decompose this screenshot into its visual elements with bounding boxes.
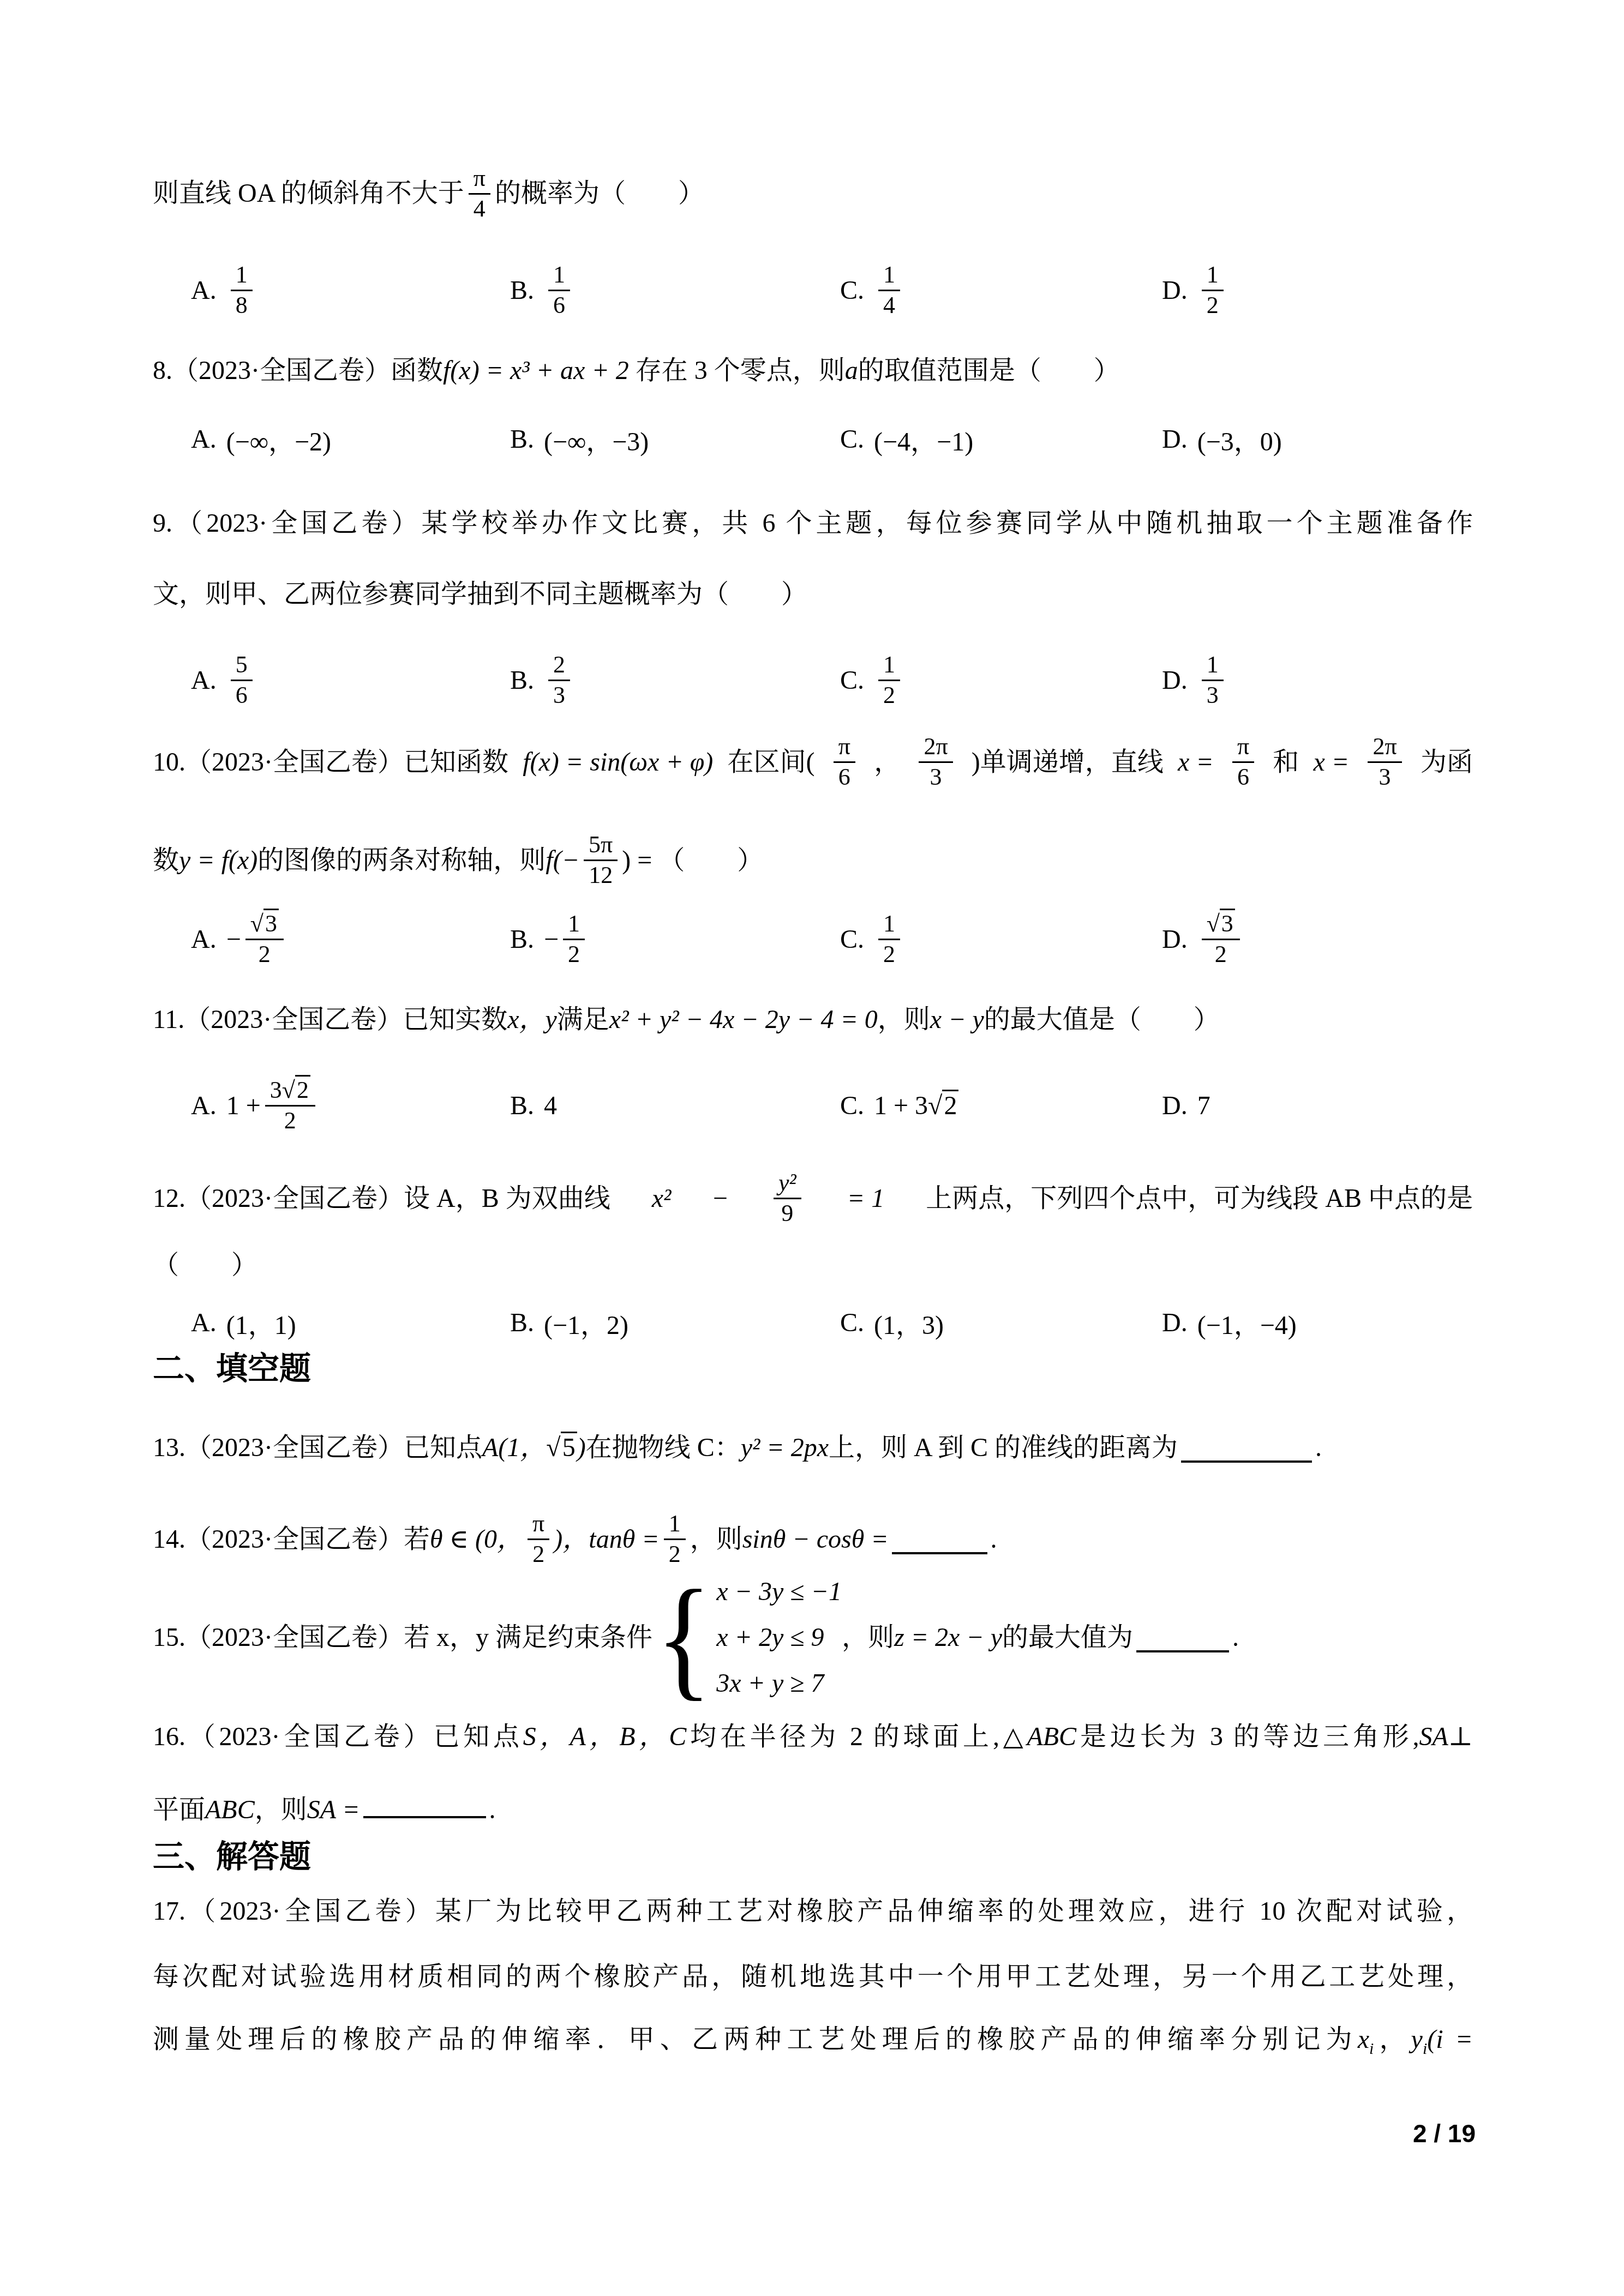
answer-blank [1181, 1433, 1312, 1463]
option-label: A. [191, 424, 217, 454]
option-value: (−∞，−3) [544, 420, 649, 458]
option-label: D. [1162, 1308, 1188, 1338]
fraction: π6 [1232, 732, 1254, 792]
question-11-options: A. 1 + 3√22 B. 4 C. 1 + 3 √2 D. 7 [153, 1058, 1473, 1153]
option-b: B.(−1，2) [510, 1303, 628, 1342]
math-expression: a [845, 356, 858, 385]
question-15-stem: 15.（2023·全国乙卷）若 x，y 满足约束条件 { x − 3y ≤ −1… [153, 1565, 1473, 1710]
question-text: 测量处理后的橡胶产品的伸缩率．甲、乙两种工艺处理后的橡胶产品的伸缩率分别记为 [153, 2025, 1358, 2054]
option-a: A.(1，1) [191, 1303, 296, 1342]
section-header-fill-in-blank: 二、填空题 [153, 1347, 1473, 1391]
question-text: ) = （ ） [622, 842, 763, 880]
option-label: C. [840, 275, 864, 305]
question-9-stem-line-1: 9.（2023·全国乙卷）某学校举办作文比赛，共 6 个主题，每位参赛同学从中随… [153, 504, 1473, 543]
option-label: D. [1162, 275, 1188, 305]
fraction: π2 [528, 1510, 549, 1569]
math-expression: f(− [546, 842, 579, 880]
question-text: 17.（2023·全国乙卷）某厂为比较甲乙两种工艺对橡胶产品伸缩率的处理效应，进… [153, 1897, 1473, 1926]
fraction: 2π3 [919, 732, 952, 792]
sqrt-expression: √3 [1207, 909, 1235, 937]
question-text: 的概率为（ ） [495, 175, 704, 213]
section-header-solution: 三、解答题 [153, 1835, 1473, 1879]
math-expression: tanθ = [589, 1520, 659, 1559]
option-a: A.(−∞，−2) [191, 420, 331, 458]
question-12-stem-line-1: 12.（2023·全国乙卷）设 A，B 为双曲线x²−y²9= 1上两点，下列四… [153, 1156, 1473, 1241]
question-text: 12.（2023·全国乙卷）设 A，B 为双曲线 [153, 1180, 610, 1218]
question-text: 8.（2023·全国乙卷）函数 [153, 356, 443, 385]
option-value: (−1，2) [544, 1304, 628, 1342]
fraction: π4 [469, 164, 490, 224]
radical-sign: √ [1207, 910, 1220, 937]
option-label: B. [510, 924, 534, 954]
option-label: D. [1162, 424, 1188, 454]
fraction: 14 [878, 261, 900, 320]
question-text: 11.（2023·全国乙卷）已知实数 [153, 1005, 507, 1034]
question-10-stem-line-1: 10.（2023·全国乙卷）已知函数f(x) = sin(ωx + φ)在区间(… [153, 714, 1473, 810]
period: . [991, 1520, 997, 1559]
option-c: C. 14 [840, 245, 904, 335]
option-b: B. 23 [510, 635, 574, 725]
fraction: π6 [834, 732, 855, 792]
math-expression: x − y [930, 1005, 984, 1034]
math-expression: A(1， [482, 1429, 546, 1467]
question-17-stem-line-3: 测量处理后的橡胶产品的伸缩率．甲、乙两种工艺处理后的橡胶产品的伸缩率分别记为xi… [153, 2021, 1473, 2068]
constraint-1: x − 3y ≤ −1 [716, 1569, 842, 1615]
option-label: A. [191, 275, 217, 305]
question-text: 满足 [557, 1005, 609, 1034]
page-number: 2 / 19 [1413, 2119, 1476, 2148]
fraction: 13 [1202, 651, 1224, 710]
option-d: D. √32 [1162, 894, 1244, 984]
fraction: 3√22 [265, 1076, 315, 1135]
fraction: √32 [245, 910, 284, 969]
question-text: 在区间( [728, 743, 815, 782]
question-text: 均在半径为 2 的球面上,△ [686, 1722, 1027, 1751]
option-label: A. [191, 1091, 217, 1121]
question-text: 的最大值是（ ） [984, 1005, 1220, 1034]
math-expression: ABC [205, 1795, 255, 1824]
math-expression: x² [652, 1180, 672, 1218]
question-text: 的最大值为 [1002, 1619, 1133, 1657]
sqrt-expression: √2 [928, 1091, 958, 1121]
math-expression: f(x) = x³ + ax + 2 [443, 356, 629, 385]
option-label: C. [840, 424, 864, 454]
question-text: 是边长为 3 的等边三角形, [1076, 1722, 1419, 1751]
option-b: B.(−∞，−3) [510, 420, 649, 458]
radical-sign: √ [546, 1433, 560, 1462]
question-text: 10.（2023·全国乙卷）已知函数 [153, 743, 508, 782]
question-10-options: A. − √32 B. − 12 C. 12 D. √32 [153, 894, 1473, 984]
option-value: (−∞，−2) [226, 420, 331, 458]
math-expression: = 1 [847, 1180, 884, 1218]
math-expression: θ ∈ (0， [430, 1520, 523, 1559]
option-d: D.(−1，−4) [1162, 1303, 1297, 1342]
question-11-stem: 11.（2023·全国乙卷）已知实数x，y满足x² + y² − 4x − 2y… [153, 1001, 1473, 1039]
question-text: − [713, 1180, 728, 1218]
math-expression: ) [577, 1429, 586, 1467]
math-expression: y = f(x) [179, 842, 257, 880]
question-text: ，则 [255, 1795, 307, 1824]
sqrt-expression: √5 [546, 1429, 577, 1467]
question-text: 15.（2023·全国乙卷）若 x，y 满足约束条件 [153, 1619, 652, 1657]
question-text: 和 [1273, 743, 1299, 782]
option-d: D. 7 [1162, 1058, 1210, 1153]
question-text: 16.（2023·全国乙卷）已知点 [153, 1722, 523, 1751]
option-label: D. [1162, 1091, 1188, 1121]
fraction: 12 [878, 651, 900, 710]
option-value: (−1，−4) [1197, 1304, 1297, 1342]
option-value: (1，1) [226, 1304, 296, 1342]
option-label: D. [1162, 665, 1188, 695]
sqrt-expression: √2 [282, 1075, 310, 1103]
question-text: ，则 [690, 1520, 742, 1559]
math-expression: SA [1419, 1722, 1448, 1751]
option-value: (1，3) [874, 1304, 944, 1342]
option-value: 1 + [226, 1091, 261, 1121]
question-text: 每次配对试验选用材质相同的两个橡胶产品，随机地选其中一个用甲工艺处理，另一个用乙… [153, 1962, 1473, 1991]
question-8-options: A.(−∞，−2) B.(−∞，−3) C.(−4，−1) D.(−3，0) [153, 420, 1473, 458]
math-expression: S，A，B，C [523, 1722, 686, 1751]
question-text: ，则 [878, 1005, 930, 1034]
option-c: C. 12 [840, 894, 904, 984]
option-label: B. [510, 1091, 534, 1121]
fraction: √32 [1202, 910, 1240, 969]
option-label: A. [191, 924, 217, 954]
math-expression: (i = [1427, 2025, 1473, 2054]
question-text: ， [1374, 2025, 1411, 2054]
option-d: D. 12 [1162, 245, 1228, 335]
constraint-3: 3x + y ≥ 7 [716, 1661, 842, 1706]
math-expression: ABC [1027, 1722, 1076, 1751]
option-c: C.(1，3) [840, 1303, 944, 1342]
exam-document-page: 则直线 OA 的倾斜角不大于 π4 的概率为（ ） A. 18 B. 16 C.… [0, 0, 1624, 2296]
question-text: 为函 [1421, 743, 1473, 782]
radical-sign: √ [282, 1077, 295, 1103]
option-value: 1 + 3 [874, 1091, 928, 1121]
radical-sign: √ [928, 1091, 942, 1120]
option-label: C. [840, 1308, 864, 1338]
option-label: A. [191, 665, 217, 695]
option-value: (−4，−1) [874, 420, 973, 458]
question-text: 的取值范围是（ ） [858, 356, 1120, 385]
answer-blank [1136, 1622, 1229, 1652]
fraction: 12 [664, 1510, 686, 1569]
question-9-options: A. 56 B. 23 C. 12 D. 13 [153, 635, 1473, 725]
option-label: B. [510, 665, 534, 695]
question-text: （ ） [153, 1251, 257, 1279]
fraction: y²9 [774, 1169, 801, 1228]
math-expression: z = 2x − y [894, 1619, 1002, 1657]
answer-blank [363, 1789, 486, 1818]
question-17-stem-line-1: 17.（2023·全国乙卷）某厂为比较甲乙两种工艺对橡胶产品伸缩率的处理效应，进… [153, 1892, 1473, 1931]
fraction: 23 [548, 651, 570, 710]
option-label: B. [510, 424, 534, 454]
option-label: B. [510, 275, 534, 305]
math-expression: x² + y² − 4x − 2y − 4 = 0 [609, 1005, 878, 1034]
period: . [489, 1795, 496, 1824]
fraction: 16 [548, 261, 570, 320]
option-d: D. 13 [1162, 635, 1228, 725]
question-text: 14.（2023·全国乙卷）若 [153, 1520, 430, 1559]
option-a: A. 1 + 3√22 [191, 1058, 320, 1153]
fraction: 12 [563, 910, 585, 969]
math-expression: x = [1178, 743, 1214, 782]
option-d: D.(−3，0) [1162, 420, 1282, 458]
fraction: 2π3 [1368, 732, 1401, 792]
option-label: C. [840, 924, 864, 954]
question-16-stem-line-1: 16.（2023·全国乙卷）已知点S，A，B，C均在半径为 2 的球面上,△AB… [153, 1718, 1473, 1756]
question-text: 的图像的两条对称轴，则 [257, 842, 546, 880]
question-17-stem-line-2: 每次配对试验选用材质相同的两个橡胶产品，随机地选其中一个用甲工艺处理，另一个用乙… [153, 1958, 1473, 1996]
fraction: 56 [231, 651, 253, 710]
option-b: B. 4 [510, 1058, 557, 1153]
fraction: 5π12 [584, 831, 618, 890]
question-7-options: A. 18 B. 16 C. 14 D. 12 [153, 245, 1473, 335]
question-12-stem-line-2: （ ） [153, 1246, 1473, 1284]
period: . [1315, 1429, 1322, 1467]
question-12-options: A.(1，1) B.(−1，2) C.(1，3) D.(−1，−4) [153, 1303, 1473, 1342]
question-10-stem-line-2: 数y = f(x)的图像的两条对称轴，则f(−5π12) = （ ） [153, 813, 1473, 908]
option-c: C. 12 [840, 635, 904, 725]
option-label: C. [840, 1091, 864, 1121]
question-text: 则直线 OA 的倾斜角不大于 [153, 175, 464, 213]
answer-blank [892, 1524, 987, 1554]
minus-sign: − [226, 924, 241, 954]
math-expression: sinθ − cosθ = [742, 1520, 889, 1559]
question-text: ，则 [842, 1619, 894, 1657]
question-text: )单调递增，直线 [972, 743, 1164, 782]
option-b: B. 16 [510, 245, 574, 335]
option-label: A. [191, 1308, 217, 1338]
math-expression: y [1411, 2025, 1423, 2054]
question-text: 存在 3 个零点，则 [629, 356, 845, 385]
sqrt-expression: √3 [250, 909, 279, 937]
math-expression: )， [554, 1520, 589, 1559]
question-7-continuation: 则直线 OA 的倾斜角不大于 π4 的概率为（ ） [153, 158, 1473, 229]
fraction: 18 [231, 261, 253, 320]
question-text: 文，则甲、乙两位参赛同学抽到不同主题概率为（ ） [153, 580, 807, 609]
math-expression: SA = [307, 1795, 360, 1824]
question-text: 数 [153, 842, 179, 880]
math-expression: y² = 2px [741, 1429, 829, 1467]
option-a: A. − √32 [191, 894, 288, 984]
option-label: C. [840, 665, 864, 695]
option-c: C. 1 + 3 √2 [840, 1058, 958, 1153]
option-label: D. [1162, 924, 1188, 954]
minus-sign: − [544, 924, 559, 954]
constraint-2: x + 2y ≤ 9 [716, 1615, 842, 1661]
question-text: ， [874, 743, 900, 782]
option-a: A. 56 [191, 635, 257, 725]
period: . [1232, 1619, 1239, 1657]
question-13-stem: 13.（2023·全国乙卷）已知点A(1，√5)在抛物线 C：y² = 2px上… [153, 1407, 1473, 1489]
fraction: 12 [878, 910, 900, 969]
math-expression: x [1358, 2025, 1369, 2054]
option-c: C.(−4，−1) [840, 420, 973, 458]
subscript: i [1423, 2040, 1427, 2058]
option-label: B. [510, 1308, 534, 1338]
option-value: 4 [544, 1091, 557, 1121]
question-16-stem-line-2: 平面ABC，则SA =. [153, 1789, 1473, 1829]
question-text: ⊥ [1448, 1722, 1473, 1751]
option-value: (−3，0) [1197, 420, 1282, 458]
question-text: 平面 [153, 1795, 205, 1824]
question-8-stem: 8.（2023·全国乙卷）函数f(x) = x³ + ax + 2 存在 3 个… [153, 352, 1473, 390]
question-text: 上两点，下列四个点中，可为线段 AB 中点的是 [926, 1180, 1473, 1218]
question-text: 上，则 A 到 C 的准线的距离为 [829, 1429, 1178, 1467]
fraction: 12 [1202, 261, 1224, 320]
math-expression: x，y [507, 1005, 557, 1034]
question-text: 9.（2023·全国乙卷）某学校举办作文比赛，共 6 个主题，每位参赛同学从中随… [153, 509, 1473, 538]
question-text: 在抛物线 C： [586, 1429, 741, 1467]
radical-sign: √ [250, 910, 263, 937]
option-value: 7 [1197, 1091, 1210, 1121]
question-9-stem-line-2: 文，则甲、乙两位参赛同学抽到不同主题概率为（ ） [153, 575, 1473, 614]
option-a: A. 18 [191, 245, 257, 335]
math-expression: x = [1314, 743, 1350, 782]
constraint-system: x − 3y ≤ −1 x + 2y ≤ 9 3x + y ≥ 7 [716, 1569, 842, 1706]
question-text: 13.（2023·全国乙卷）已知点 [153, 1429, 482, 1467]
math-expression: f(x) = sin(ωx + φ) [523, 743, 713, 782]
option-b: B. − 12 [510, 894, 589, 984]
